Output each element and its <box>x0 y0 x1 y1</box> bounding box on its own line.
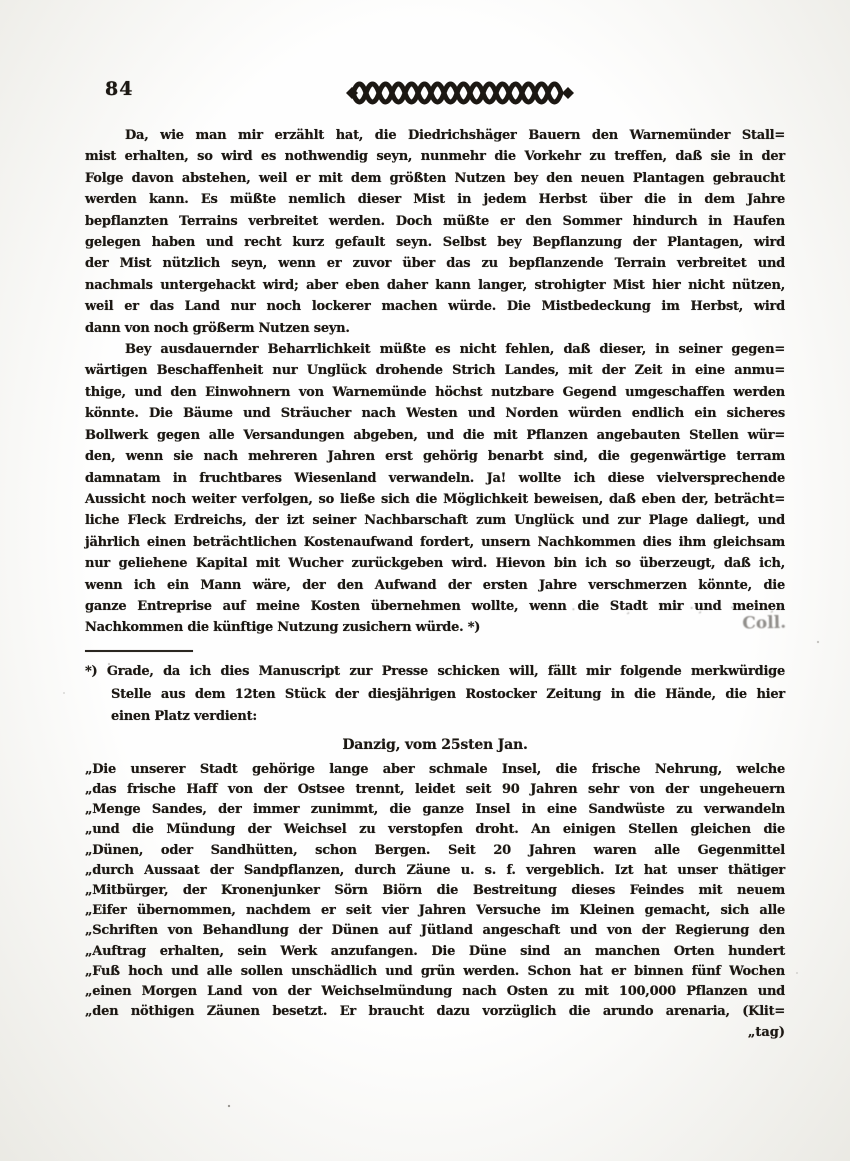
text-line: Folge davon abstehen, weil er mit dem gr… <box>85 168 785 189</box>
text-line: „Menge Sandes, der immer zunimmt, die ga… <box>85 800 785 820</box>
ink-bleedthrough-ghost-text: Coll. <box>480 601 787 639</box>
text-line: Stelle aus dem 12ten Stück der diesjähri… <box>85 684 785 707</box>
text-line: „Mitbürger, der Kronenjunker Sörn Biörn … <box>85 881 785 901</box>
paragraph-2: Bey ausdauernder Beharrlichkeit müßte es… <box>85 339 785 639</box>
catchword: „tag) <box>85 1025 785 1040</box>
text-line: könnte. Die Bäume und Sträucher nach Wes… <box>85 403 785 424</box>
text-line: der Mist nützlich seyn, wenn er zuvor üb… <box>85 253 785 274</box>
text-line: einen Platz verdient: <box>85 706 785 729</box>
text-line: damnatam in fruchtbares Wiesenland verwa… <box>85 468 785 489</box>
text-line: liche Fleck Erdreichs, der izt seiner Na… <box>85 510 785 531</box>
text-line: nur geliehene Kapital mit Wucher zurückg… <box>85 553 785 574</box>
text-line: „den nöthigen Zäunen besetzt. Er braucht… <box>85 1002 785 1022</box>
page-header: 84 <box>85 76 785 112</box>
text-line: Da, wie man mir erzählt hat, die Diedric… <box>85 125 785 146</box>
newspaper-quote: „Die unserer Stadt gehörige lange aber s… <box>85 760 785 1023</box>
text-line: Bey ausdauernder Beharrlichkeit müßte es… <box>85 339 785 360</box>
footnote-block: *) Grade, da ich dies Manuscript zur Pre… <box>85 661 785 1040</box>
text-line: „Auftrag erhalten, sein Werk anzufangen.… <box>85 942 785 962</box>
footnote-intro: *) Grade, da ich dies Manuscript zur Pre… <box>85 661 785 729</box>
text-line: „Fuß hoch und alle sollen unschädlich un… <box>85 962 785 982</box>
text-line: „Eifer übernommen, nachdem er seit vier … <box>85 901 785 921</box>
text-line: Bollwerk gegen alle Versandungen abgeben… <box>85 425 785 446</box>
newspaper-dateline: Danzig, vom 25sten Jan. <box>85 735 785 755</box>
text-line: „einen Morgen Land von der Weichselmündu… <box>85 982 785 1002</box>
text-line: „Dünen, oder Sandhütten, schon Bergen. S… <box>85 841 785 861</box>
text-line: weil er das Land nur noch lockerer mache… <box>85 296 785 317</box>
text-line: thige, und den Einwohnern von Warnemünde… <box>85 382 785 403</box>
footnote-separator-rule <box>85 650 193 652</box>
text-line: „und die Mündung der Weichsel zu verstop… <box>85 820 785 840</box>
scanned-page: 84 Da, wie man mir erzählt hat, die Died… <box>0 0 850 1161</box>
text-line: jährlich einen beträchtlichen Kostenaufw… <box>85 532 785 553</box>
braid-ornament <box>345 76 575 110</box>
text-line: *) Grade, da ich dies Manuscript zur Pre… <box>85 661 785 684</box>
text-line: mist erhalten, so wird es nothwendig sey… <box>85 146 785 167</box>
text-line: „das frische Haff von der Ostsee trennt,… <box>85 780 785 800</box>
text-line: wärtigen Beschaffenheit nur Unglück droh… <box>85 360 785 381</box>
main-text-block: Da, wie man mir erzählt hat, die Diedric… <box>85 125 785 639</box>
page-number: 84 <box>105 78 133 100</box>
text-line: nachmals untergehackt wird; aber eben da… <box>85 275 785 296</box>
paragraph-1: Da, wie man mir erzählt hat, die Diedric… <box>85 125 785 339</box>
text-line: wenn ich ein Mann wäre, der den Aufwand … <box>85 575 785 596</box>
text-line: Aussicht noch weiter verfolgen, so ließe… <box>85 489 785 510</box>
text-line: „durch Aussaat der Sandpflanzen, durch Z… <box>85 861 785 881</box>
text-line: werden kann. Es müßte nemlich dieser Mis… <box>85 189 785 210</box>
text-line: bepflanzten Terrains verbreitet werden. … <box>85 211 785 232</box>
text-line: „Die unserer Stadt gehörige lange aber s… <box>85 760 785 780</box>
text-line: den, wenn sie nach mehreren Jahren erst … <box>85 446 785 467</box>
text-line: „Schriften von Behandlung der Dünen auf … <box>85 921 785 941</box>
text-line: gelegen haben und recht kurz gefault sey… <box>85 232 785 253</box>
text-line: dann von noch größerm Nutzen seyn. <box>85 318 785 339</box>
